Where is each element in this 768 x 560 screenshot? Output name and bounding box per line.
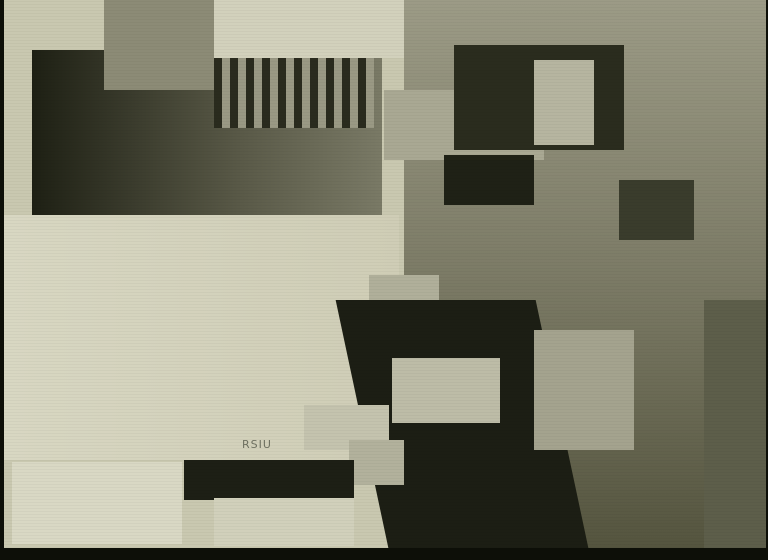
shelf-2-light	[534, 60, 594, 145]
block-upper	[104, 0, 214, 90]
photo-frame: RSIU	[0, 0, 768, 560]
block-mid-2	[392, 358, 500, 423]
shelf-1-dark	[444, 155, 534, 205]
light-block-bottom	[12, 462, 182, 544]
right-edge	[704, 300, 766, 548]
block-mid-3	[534, 330, 634, 450]
block-low-2	[349, 440, 404, 485]
stamp-text: RSIU	[242, 438, 272, 451]
photograph: RSIU	[4, 0, 766, 548]
light-top	[214, 0, 410, 58]
shelf-3	[619, 180, 694, 240]
light-base	[214, 498, 354, 546]
slatted-block	[214, 58, 374, 128]
dark-base	[184, 460, 354, 500]
